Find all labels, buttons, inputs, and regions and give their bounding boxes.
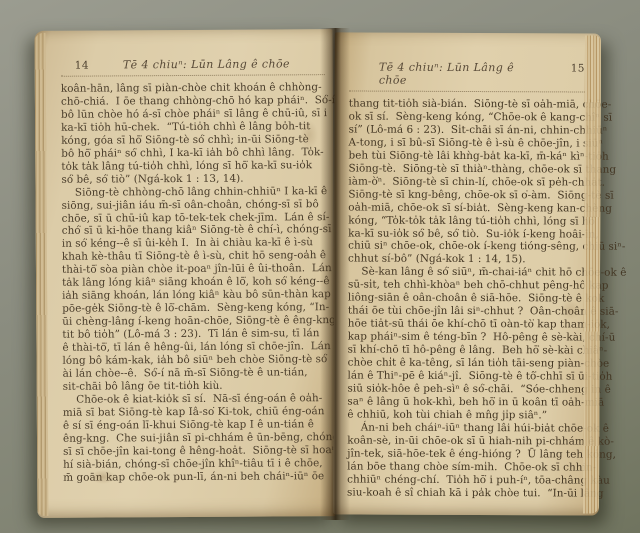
text-line: êng-kng. Che sui-jiân sī pi-chhám ê ūn-b… [63,431,327,446]
text-line: ài lán chòe--ê. Só͘-í nā m̄-sī Siōng-tè … [63,366,327,381]
text-line: thang tit-tio̍h sià-bián. Siōng-tè sī oa… [349,97,585,111]
text-line: thái ōe tùi chōe-jîn lâi siⁿ-chhut ? Oân… [348,305,584,319]
text-line: sī khí-chō tī hô-pêng ê lâng. Beh hō͘ sè… [348,344,584,358]
text-line: A-tong, i sī bû-sī Siōng-tè ê ì-sù ê chō… [349,136,585,150]
text-line: jîn-tek, siā-hōe-tek ê éng-hióng ? Ū lân… [347,447,583,461]
right-page: Tē 4 chiuⁿ: Lūn Lâng ê chōe 15 thang tit… [333,32,601,515]
text-line: koân-sè, in-ūi chōe-ok sī ū hiah-nih pi-… [347,434,583,448]
right-page-header: Tē 4 chiuⁿ: Lūn Lâng ê chōe 15 [349,60,585,87]
left-page-header: 14 Tē 4 chiuⁿ: Lūn Lâng ê chōe [61,57,325,72]
text-line: iàm-ò͘ⁿ. Siōng-tè sī chin-lí, chōe-ok sī… [348,175,584,189]
text-line: chòe chi̍t ê ka-têng, sī lán tio̍h tāi-s… [348,357,584,371]
text-line: sū-si̍t, teh chhì-khòaⁿ beh chō-chhut pê… [348,279,584,293]
text-line: oa̍h-miā, chōe-ok sī sí-bia̍t. Sèng-keng… [348,201,584,215]
text-line: siu-koah ê sî chiah kā i pa̍k chòe tui. … [347,486,583,500]
text-line: miā sī bat Siōng-tè kap Iâ-so͘ Ki-tok, c… [63,405,327,420]
text-line: lán bōe thang chòe sím-mi̍h. Chōe-ok sī … [347,460,583,474]
text-line: Án-ni beh cháiⁿ-iūⁿ thang lâi húi-bia̍t … [347,421,583,435]
left-page-edge-stack [35,33,49,516]
text-line: to̍k ta̍k lâng tú-tio̍h chhì, lóng sī hō… [61,159,325,174]
right-page-text: thang tit-tio̍h sià-bián. Siōng-tè sī oa… [347,97,585,500]
text-line: beh tùi Siōng-tè lâi khǹg-ba̍t ka-kī, m̄… [348,149,584,163]
text-line: lán ê Thiⁿ-pē ê kiáⁿ-jî. Siōng-tè ê tô͘-… [348,369,584,383]
text-line: Siōng-tè. Siōng-tè sī thiàⁿ-thàng, chōe-… [348,162,584,176]
text-line: kap pháiⁿ-sim ê téng-bīn ? Hô-pêng ê sè-… [348,331,584,345]
text-line: ka-kī su-io̍k só͘ bê, só͘ tiò. Su-io̍k í… [348,227,584,241]
open-book-photo: 14 Tē 4 chiuⁿ: Lūn Lâng ê chōe koân-hān,… [0,0,640,533]
text-line: kóng, “To̍k-to̍k ta̍k lâng tú-tio̍h chhì… [348,214,584,228]
text-line: ê sí sī éng-oán lī-khui Siōng-tè kap I ê… [63,418,327,433]
left-page-text: koân-hān, lâng sī piàn-chòe chit khoán ê… [61,81,327,484]
text-line: ê chhiū, koh tùi chiah ê mn̂g ji̍p siâⁿ.… [347,408,583,422]
right-page-content: Tē 4 chiuⁿ: Lūn Lâng ê chōe 15 thang tit… [347,60,585,500]
text-line: chhiūⁿ chéng-chí. Tio̍h hō͘ i puh-íⁿ, tō… [347,473,583,487]
text-line: Siōng-tè sī kng-bêng, chōe-ok sī o͘-àm. … [348,188,584,202]
text-line: hōe tia̍t-sū thái ōe khí-chō tī oàn-tò͘ … [348,318,584,332]
text-line: ok sī sí. Sèng-keng kóng, “Chōe-ok ê kan… [349,110,585,124]
left-page: 14 Tē 4 chiuⁿ: Lūn Lâng ê chōe koân-hān,… [35,29,336,518]
right-header-rule [349,90,585,92]
left-running-title: Tē 4 chiuⁿ: Lūn Lâng ê chōe [123,57,290,71]
text-line: chiū siⁿ chōe-ok, chōe-ok í-keng tióng-s… [348,240,584,254]
text-line: liông-siān ê oân-choân ê siā-hōe. Siōng-… [348,292,584,306]
left-page-content: 14 Tē 4 chiuⁿ: Lūn Lâng ê chōe koân-hān,… [61,57,328,484]
right-running-title: Tē 4 chiuⁿ: Lūn Lâng ê chōe [379,61,529,88]
text-line: siū sio̍k-hôe ê peh-sìⁿ ê só͘-chāi. “Sóe… [347,382,583,396]
text-line: sí” (Lô-má 6 : 23). Si̍t-chāi sī án-ni, … [349,123,585,137]
text-line: hí sià-bián, chóng-sī chōe-jîn khîⁿ-tiâu… [63,457,327,472]
left-header-rule [61,74,325,77]
text-line: Siōng-tè chhòng-chō lâng chhin-chhiūⁿ I … [61,185,325,200]
text-line: siōng, sui-jiân iáu m̄-sī oân-choân, chó… [62,198,326,213]
text-line: sī sī chōe-jîn kai-tong ê hêng-hoa̍t. Si… [63,444,327,459]
left-page-number: 14 [75,60,89,72]
text-line: saⁿ ê lâng ū hok-khì, beh hō͘ in ū koân … [347,395,583,409]
right-page-number: 15 [571,62,585,74]
text-line: bô hō͘ pháiⁿ só͘ chhì, I ka-kī ia̍h bô c… [61,146,325,161]
right-page-edge-stack [583,36,601,514]
text-line: m̄ goān kap chōe-ok pun-lī, án-ni beh ch… [63,470,327,485]
text-line: kóng, góa sī hō͘ Siōng-tè só͘ chhì; in-ū… [61,133,325,148]
